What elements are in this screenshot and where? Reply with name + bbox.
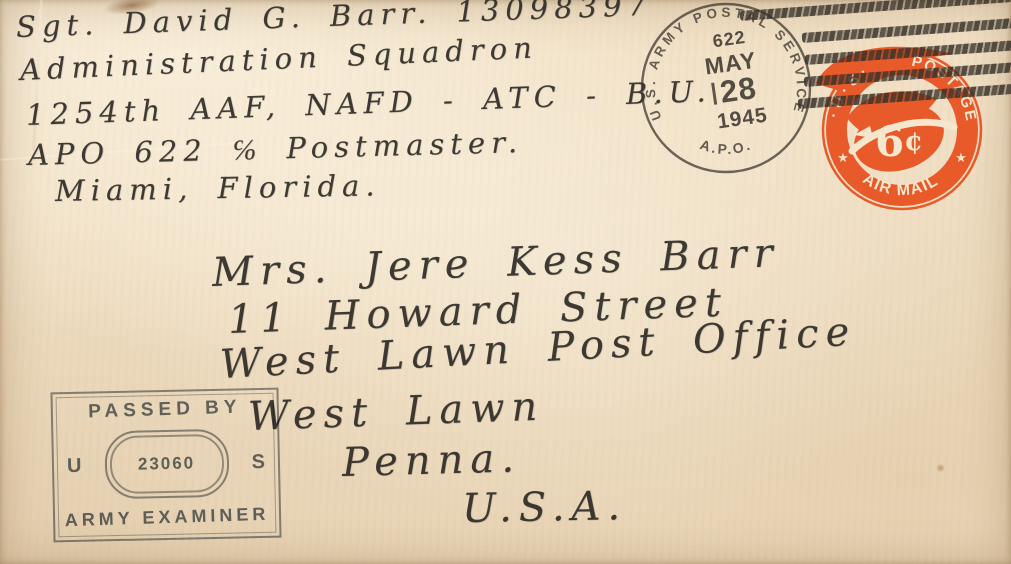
recipient-address-line: U.S.A. [462, 483, 628, 532]
recipient-address-line: Penna. [341, 435, 521, 486]
recipient-address-line: West Lawn [247, 384, 545, 440]
killer-bar [804, 62, 1011, 87]
censor-number: 23060 [138, 453, 196, 474]
star-icon: ★ [837, 151, 849, 166]
postmark-apo-text: A.P.O. [698, 136, 754, 157]
killer-bar [740, 0, 1011, 21]
killer-bar [805, 40, 1011, 65]
return-address-line: Miami, Florida. [55, 168, 381, 208]
censor-passed-by-text: PASSED BY [56, 393, 273, 425]
killer-bar [798, 84, 1011, 109]
censor-army-examiner-text: ARMY EXAMINER [59, 504, 276, 538]
envelope: Sgt. David G. Barr. 13098397 Administrat… [0, 0, 1011, 564]
return-address-line: APO 622 ℅ Postmaster. [28, 125, 524, 173]
postmark-slug-mark [711, 83, 717, 105]
cancellation-killer-bars [738, 0, 1011, 120]
paper-stain [936, 464, 945, 472]
censor-letter-u: U [67, 454, 82, 477]
censor-oval-inner: 23060 [109, 434, 224, 494]
return-address-line: Sgt. David G. Barr. 13098397 [15, 0, 652, 44]
censor-stamp-inner-border: PASSED BY U 23060 S ARMY EXAMINER [56, 393, 277, 538]
censor-oval: 23060 [104, 429, 229, 500]
censor-middle-row: U 23060 S [57, 428, 274, 501]
censor-letter-s: S [251, 450, 265, 473]
killer-bar [802, 18, 1011, 43]
stamp-cents-symbol: ¢ [904, 126, 923, 157]
star-icon: ★ [955, 151, 967, 166]
stamp-denomination-digit: 6 [875, 117, 904, 166]
return-address-line: 1254th AAF, NAFD - ATC - B.U. [25, 74, 712, 132]
censor-stamp: PASSED BY U 23060 S ARMY EXAMINER [50, 388, 281, 543]
